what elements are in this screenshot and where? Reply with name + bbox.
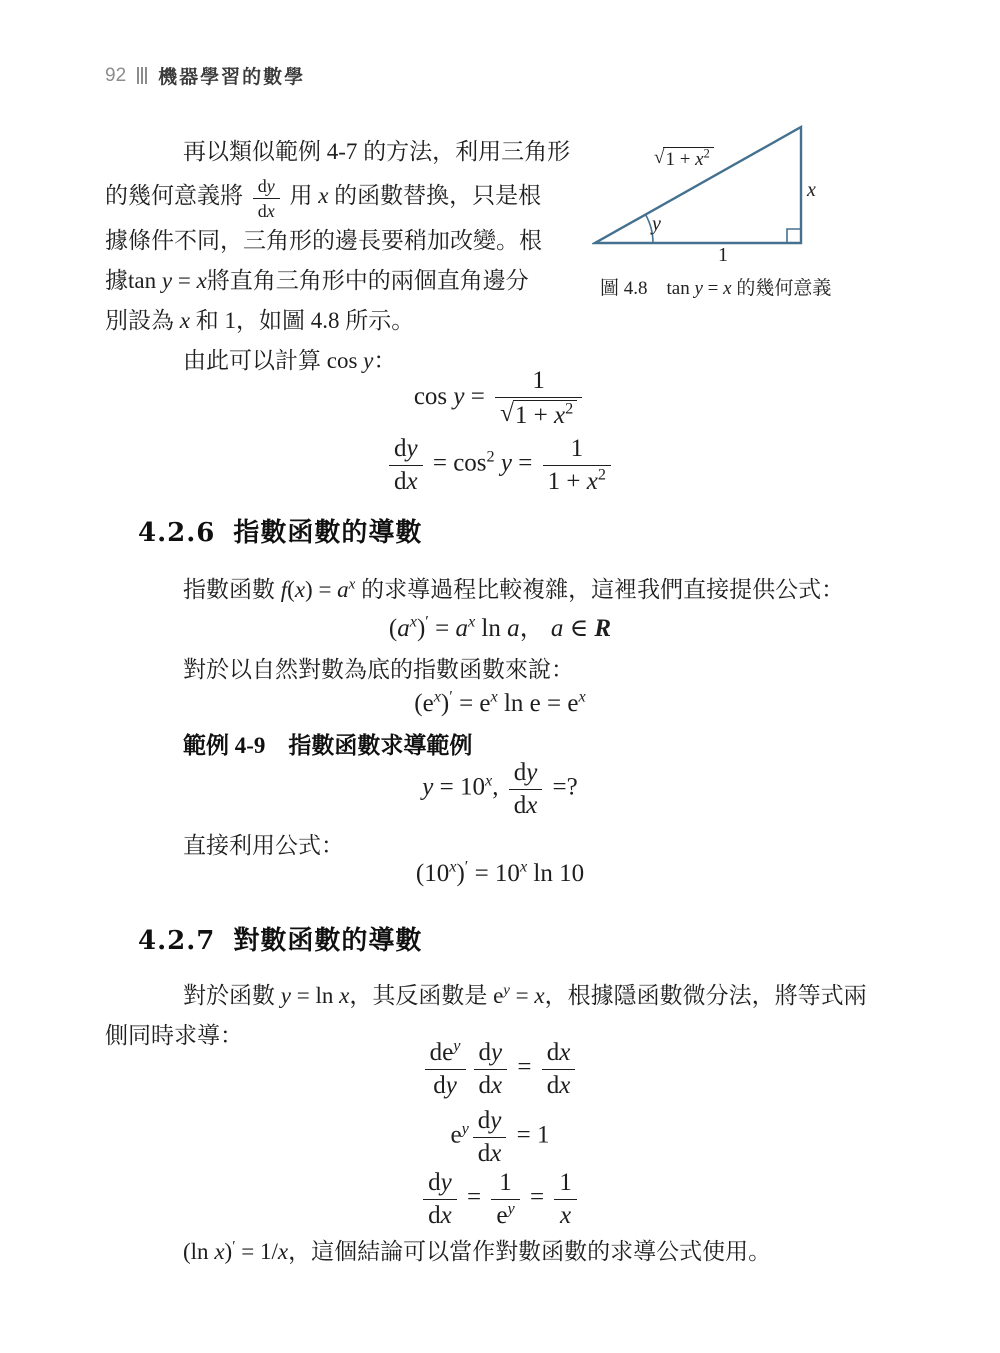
right-angle-marker — [787, 229, 801, 243]
book-title: 機器學習的數學 — [158, 62, 305, 89]
section-heading-4-2-6: 4.2.6指數函數的導數 — [138, 512, 422, 549]
conclusion-paragraph: (ln x)′ = 1/x，這個結論可以當作對數函數的求導公式使用。 — [105, 1232, 935, 1272]
opposite-side-label: x — [807, 179, 816, 202]
section-number: 4.2.6 — [138, 518, 215, 548]
formula-ey-dydx: eydydx = 1 — [0, 1106, 1000, 1168]
paragraph-line: 再以類似範例 4-7 的方法，利用三角形 — [105, 132, 587, 172]
natural-base-paragraph: 對於以自然對數為底的指數函數來說： — [105, 650, 915, 690]
hypotenuse-label: √1 + x2 — [654, 147, 714, 171]
triangle-diagram — [592, 113, 877, 263]
book-page: 92 機器學習的數學 再以類似範例 4-7 的方法，利用三角形 的幾何意義將 d… — [0, 0, 1000, 1353]
formula-dydx-result: dydx = 1ey = 1x — [0, 1168, 1000, 1230]
formula-dydx-cos2: dydx = cos2 y = 11 + x2 — [0, 434, 1000, 496]
formula-ax-derivative: (ax)′ = ax ln a， a ∈ R — [0, 608, 1000, 644]
exp-intro-paragraph: 指數函數 f(x) = ax 的求導過程比較複雜，這裡我們直接提供公式： — [105, 570, 915, 610]
header-divider-icon — [137, 67, 147, 84]
paragraph-line: 的幾何意義將 dydx 用 x 的函數替換，只是根 — [105, 172, 587, 221]
paragraph-line: 據tan y = x將直角三角形中的兩個直角邊分 — [105, 261, 587, 301]
formula-y-10x-question: y = 10x, dydx =? — [0, 758, 1000, 820]
paragraph-line: 據條件不同，三角形的邊長要稍加改變。根 — [105, 221, 587, 261]
intro-paragraph: 再以類似範例 4-7 的方法，利用三角形 的幾何意義將 dydx 用 x 的函數… — [105, 132, 587, 381]
angle-label: y — [652, 213, 661, 236]
page-header: 92 機器學習的數學 — [105, 62, 305, 89]
paragraph-line: 對於函數 y = ln x，其反函數是 ey = x，根據隱函數微分法，將等式兩 — [105, 976, 917, 1016]
formula-10x-derivative: (10x)′ = 10x ln 10 — [0, 860, 1000, 888]
triangle-shape — [595, 127, 801, 243]
figure-caption: 圖 4.8 tan y = x 的幾何意義 — [600, 273, 831, 300]
section-heading-4-2-7: 4.2.7對數函數的導數 — [138, 920, 422, 957]
section-title: 指數函數的導數 — [233, 518, 422, 547]
formula-cos-y: cos y = 1√1 + x2 — [0, 366, 1000, 431]
adjacent-side-label: 1 — [718, 244, 728, 267]
paragraph-line: 別設為 x 和 1，如圖 4.8 所示。 — [105, 301, 587, 341]
section-title: 對數函數的導數 — [233, 926, 422, 955]
figure-4-8: √1 + x2 x 1 y 圖 4.8 tan y = x 的幾何意義 — [592, 113, 884, 313]
section-number: 4.2.7 — [138, 926, 215, 956]
formula-implicit-diff: deydydydx = dxdx — [0, 1038, 1000, 1100]
formula-ex-derivative: (ex)′ = ex ln e = ex — [0, 690, 1000, 718]
page-number: 92 — [105, 65, 126, 87]
example-4-9-heading: 範例 4-9 指數函數求導範例 — [183, 727, 472, 760]
